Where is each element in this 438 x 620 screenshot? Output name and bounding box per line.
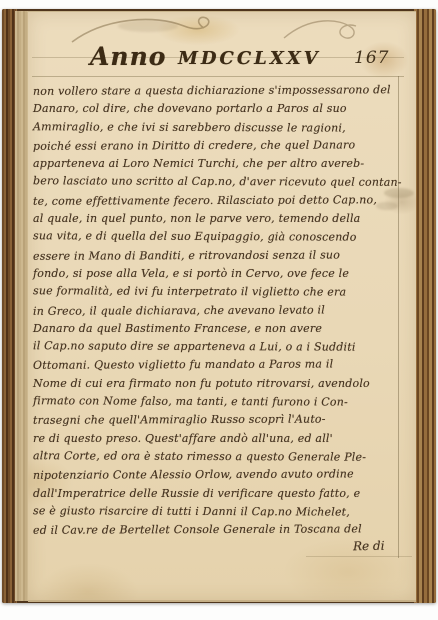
- manuscript-line: dall'Imperatrice delle Russie di verific…: [33, 485, 397, 503]
- manuscript-line: al quale, in quel punto, non le parve ve…: [33, 210, 397, 228]
- manuscript-line: ed il Cav.re de Bertellet Console Genera…: [33, 520, 397, 540]
- manuscript-line: re di questo preso. Quest'affare andò al…: [33, 430, 397, 448]
- book-fore-edge-right: [414, 9, 436, 603]
- manuscript-line: sua vita, e di quella del suo Equipaggio…: [33, 228, 397, 248]
- manuscript-line: sue formalità, ed ivi fu interpetrato il…: [33, 282, 397, 302]
- folio-number: 167: [354, 48, 389, 68]
- manuscript-line: non vollero stare a questa dichiarazione…: [33, 81, 397, 101]
- manuscript-line: essere in Mano di Banditi, e ritrovandos…: [33, 246, 397, 266]
- manuscript-line: in Greco, il quale dichiarava, che aveva…: [33, 301, 397, 321]
- manuscript-line: Ottomani. Questo viglietto fu mandato a …: [33, 356, 397, 376]
- manuscript-line: trasegni che quell'Ammiraglio Russo scop…: [33, 411, 397, 431]
- anno-label: Anno: [90, 42, 166, 71]
- year-roman-numeral: MDCCLXXV: [178, 48, 321, 69]
- manuscript-line: fondo, si pose alla Vela, e si portò in …: [33, 265, 397, 283]
- manuscript-line: Danaro da quel Bastimento Francese, e no…: [33, 320, 397, 338]
- manuscript-line: Ammiraglio, e che ivi si sarebbero discu…: [33, 118, 397, 138]
- manuscript-text-block: non vollero stare a questa dichiarazione…: [33, 82, 397, 539]
- manuscript-line: Danaro, col dire, che dovevano portarlo …: [33, 100, 397, 118]
- book-block: Anno MDCCLXXV 167 non vollero stare a qu…: [2, 9, 436, 603]
- manuscript-line: bero lasciato uno scritto al Cap.no, d'a…: [33, 173, 397, 193]
- catchword: Re di: [352, 539, 384, 554]
- manuscript-line: Nome di cui era firmato non fu potuto ri…: [33, 375, 397, 393]
- manuscript-line: apparteneva ai Loro Nemici Turchi, che p…: [33, 155, 397, 173]
- manuscript-line: altra Corte, ed ora è stato rimesso a qu…: [33, 447, 397, 467]
- manuscript-line: nipotenziario Conte Alessio Orlow, avend…: [33, 465, 397, 485]
- ruled-line-header-bottom: [32, 76, 404, 77]
- manuscript-scan: Anno MDCCLXXV 167 non vollero stare a qu…: [0, 0, 438, 620]
- manuscript-line: se è giusto risarcire di tutti i Danni i…: [33, 502, 397, 522]
- page-header: Anno MDCCLXXV 167: [28, 40, 416, 76]
- manuscript-page: Anno MDCCLXXV 167 non vollero stare a qu…: [28, 11, 416, 602]
- ruled-line-right-margin: [398, 76, 399, 558]
- manuscript-line: te, come effettivamente fecero. Rilascia…: [33, 191, 397, 211]
- ink-bleedthrough-smudge: [384, 188, 414, 198]
- manuscript-line: poiché essi erano in Diritto di credere,…: [33, 136, 397, 156]
- manuscript-line: il Cap.no saputo dire se apparteneva a L…: [33, 337, 397, 357]
- ink-bleedthrough-smudge: [376, 202, 398, 210]
- ink-bleedthrough-smudge: [118, 20, 178, 32]
- ruled-line-footer: [306, 556, 412, 557]
- manuscript-line: firmato con Nome falso, ma tanti, e tant…: [33, 392, 397, 412]
